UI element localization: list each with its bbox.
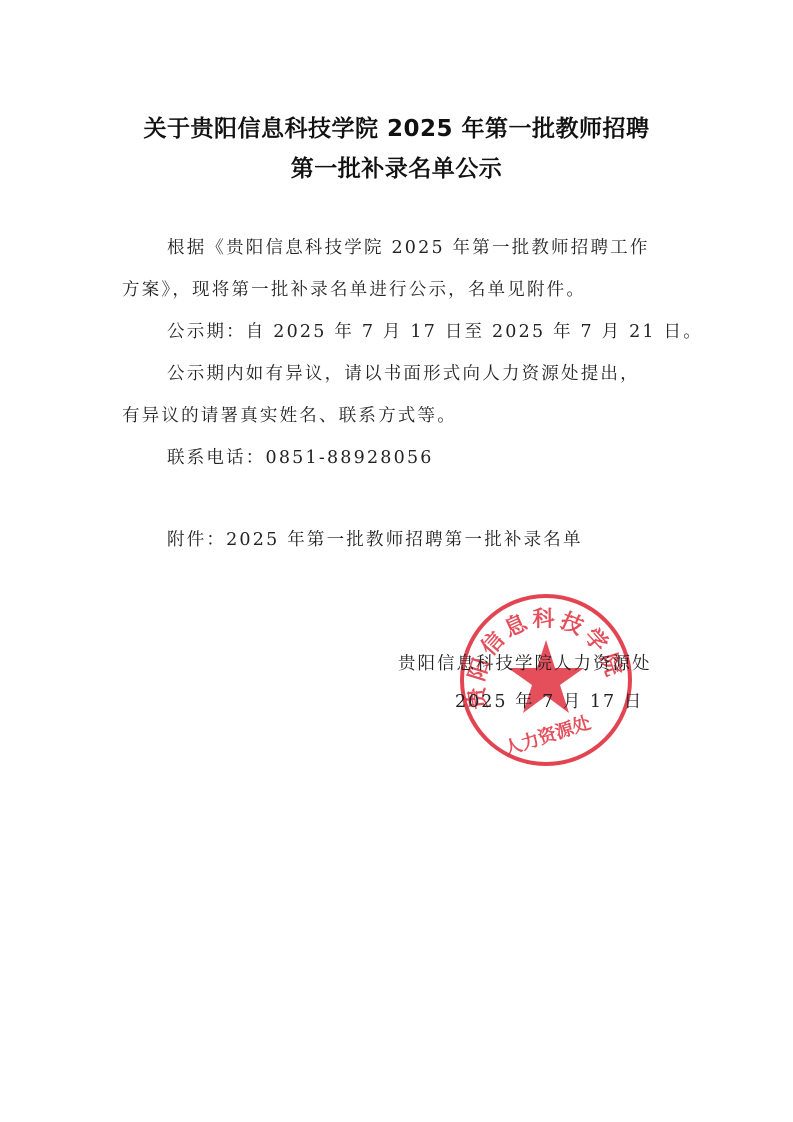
publicity-period: 公示期：自 2025 年 7 月 17 日至 2025 年 7 月 21 日。	[167, 318, 703, 343]
paragraph-3-line-1: 公示期内如有异议，请以书面形式向人力资源处提出，	[167, 360, 640, 385]
document-title-line-2: 第一批补录名单公示	[0, 150, 793, 183]
attachment-line: 附件：2025 年第一批教师招聘第一批补录名单	[167, 526, 583, 551]
paragraph-1-line-1: 根据《贵阳信息科技学院 2025 年第一批教师招聘工作	[167, 234, 650, 259]
contact-phone: 联系电话：0851-88928056	[167, 444, 434, 469]
signature-date: 2025 年 7 月 17 日	[455, 688, 643, 713]
signature-organization: 贵阳信息科技学院人力资源处	[398, 650, 652, 675]
paragraph-3-line-2: 有异议的请署真实姓名、联系方式等。	[122, 402, 457, 427]
official-seal: 贵阳信息科技学院 人力资源处	[458, 592, 634, 768]
paragraph-1-line-2: 方案》，现将第一批补录名单进行公示，名单见附件。	[122, 276, 586, 301]
document-title-line-1: 关于贵阳信息科技学院 2025 年第一批教师招聘	[0, 110, 793, 143]
svg-text:人力资源处: 人力资源处	[501, 711, 593, 760]
document-page: 关于贵阳信息科技学院 2025 年第一批教师招聘 第一批补录名单公示 根据《贵阳…	[0, 0, 793, 1122]
